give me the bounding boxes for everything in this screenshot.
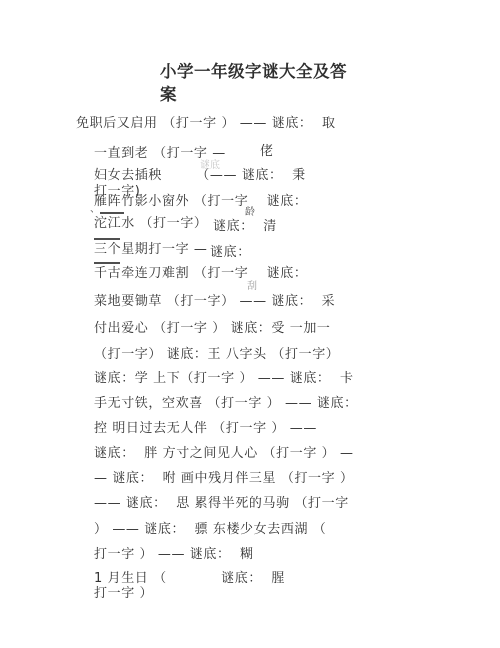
answer-label-fragment: 谜底：: [210, 247, 251, 259]
riddle-line: 千古牵连刀难割 （打一字 谜底：: [94, 266, 307, 281]
page-title-line1: 小学一年级字谜大全及答: [160, 62, 347, 81]
riddle-line: 谜底：学 上下（打一字 ） —— 谜底： 卡: [94, 371, 354, 386]
riddle-line: 一直到老 （打一字 —: [94, 146, 226, 161]
page-title-line2: 案: [160, 85, 177, 104]
riddle-line: 谜底： 胖 方寸之间见人心 （打一字 ） —: [94, 446, 354, 461]
riddle-line: —— 谜底： 思 累得半死的马驹 （打一字: [94, 496, 349, 511]
scan-artifact-line: [100, 212, 124, 214]
faint-ghost-text: 谜底: [200, 160, 220, 172]
riddle-line: 付出爱心 （打一字 ） 谜底：受 一加一: [94, 321, 331, 336]
riddle-line: 打一字 ）: [94, 586, 153, 601]
riddle-line: 手无寸铁，空欢喜 （打一字 ） —— 谜底：: [94, 396, 358, 411]
riddle-line: ） —— 谜底： 骠 东楼少女去西湖 （: [94, 522, 326, 537]
riddle-line: 菜地要锄草 （打一字） —— 谜底： 采: [94, 294, 335, 309]
riddle-line: 1 月生日 （ 谜底： 腥: [94, 571, 285, 586]
riddle-line: 控 明日过去无人伴 （打一字 ） ——: [94, 421, 317, 436]
answer-fragment-qing: 谜底： 清: [213, 221, 277, 233]
scan-artifact-line: [94, 238, 120, 240]
scan-artifact-line: [94, 262, 120, 264]
riddle-line: — 谜底： 咐 画中残月伴三星 （打一字 ）: [94, 471, 354, 486]
answer-fragment-ling: 龄: [245, 207, 255, 219]
riddle-line: 沱江水 （打一字）: [94, 216, 208, 231]
document-page: 小学一年级字谜大全及答案 免职后又启用 （打一字 ） —— 谜底： 取 一直到老…: [0, 0, 500, 648]
riddle-line: 打一字 ） —— 谜底： 糊: [94, 547, 254, 562]
scan-artifact-tick: 、: [90, 205, 100, 215]
riddle-line: （打一字） 谜底：王 八字头 （打一字）: [94, 347, 339, 362]
answer-fragment-gua: 刮: [247, 281, 257, 293]
riddle-line: 雁阵竹影小窗外 （打一字 谜底：: [94, 194, 307, 209]
riddle-line: 三个星期打一字 —: [94, 242, 208, 257]
page-title: 小学一年级字谜大全及答案: [160, 60, 347, 106]
answer-fragment-lao: 佬: [260, 146, 274, 158]
riddle-line: 免职后又启用 （打一字 ） —— 谜底： 取: [76, 116, 336, 131]
